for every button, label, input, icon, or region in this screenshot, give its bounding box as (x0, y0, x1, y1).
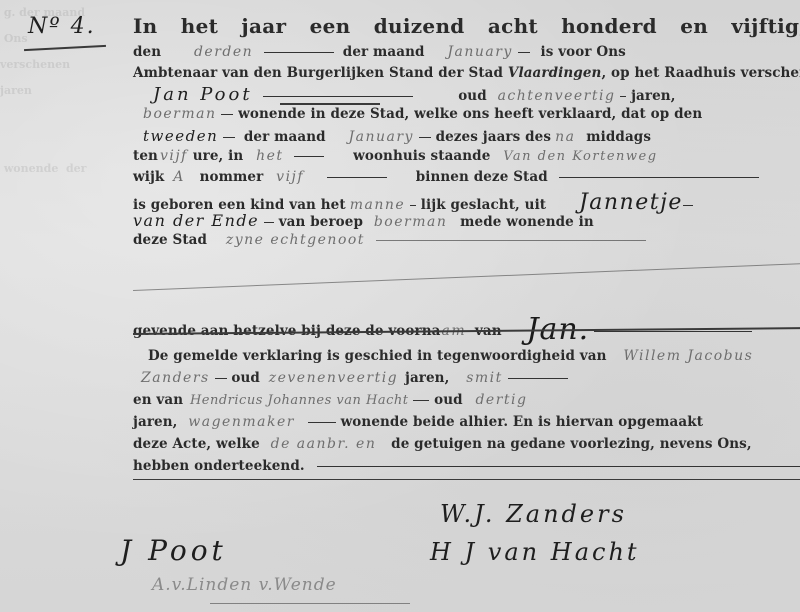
name-underline (280, 103, 380, 105)
line-14: Zanders oud zevenenveertig jaren, smit (133, 370, 568, 386)
dash (294, 156, 324, 157)
dash (376, 240, 646, 241)
signature-witness2: H J van Hacht (430, 538, 640, 566)
hw-declarant-occupation: boerman (143, 106, 217, 122)
label-jaren: jaren, (631, 88, 675, 104)
hw-witness1-last: Zanders (141, 370, 210, 386)
text-de-getuigen: de getuigen na gedane voorlezing, nevens… (391, 436, 752, 452)
dash (413, 400, 429, 401)
hw-house-number: vijf (276, 169, 304, 185)
hw-part-of-day: na (555, 129, 575, 145)
dash (317, 466, 800, 467)
label-oud: oud (434, 392, 463, 408)
label-en-van: en van (133, 392, 183, 408)
text-deze-acte: deze Acte, welke (133, 436, 260, 452)
text-de-gemelde: De gemelde verklaring is geschied in teg… (148, 348, 607, 364)
dash (223, 137, 235, 138)
text-wonende: wonende in deze Stad, welke ons heeft ve… (238, 106, 702, 122)
text-raadhuis: , op het Raadhuis verschenen (601, 65, 800, 81)
dash (308, 422, 336, 423)
hw-birth-month: January (348, 129, 413, 145)
official-signature-flourish (210, 603, 410, 604)
heading-line: In het jaar een duizend acht honderd en … (133, 14, 800, 38)
label-nommer: nommer (200, 169, 264, 185)
hw-relation: zyne echtgenoot (226, 232, 365, 248)
label-dezes-jaars: dezes jaars des (436, 129, 552, 145)
signature-section-rule (133, 479, 800, 480)
dash (263, 96, 413, 97)
label-woonhuis-staande: woonhuis staande (353, 148, 490, 164)
dash (620, 96, 626, 97)
label-der-maand-2: der maand (244, 129, 326, 145)
label-wijk: wijk (133, 169, 164, 185)
dash (221, 114, 233, 115)
hw-signers-note: de aanbr. en (271, 436, 377, 452)
text-wonende-beide: wonende beide alhier. En is hiervan opge… (341, 414, 703, 430)
label-ten: ten (133, 148, 158, 164)
line-6: tweeden der maand January dezes jaars de… (133, 127, 651, 145)
hw-birth-day: tweeden (143, 127, 218, 145)
hw-mother-occupation: boerman (374, 214, 448, 230)
dash (683, 205, 693, 206)
hw-mother-last-name: van der Ende (133, 211, 259, 230)
label-oud: oud (231, 370, 260, 386)
hw-mother-first-name: Jannetje (579, 190, 683, 215)
record-number: Nº 4. (28, 14, 96, 39)
signature-witness1: W.J. Zanders (440, 500, 627, 528)
hw-wijk: A (173, 169, 185, 185)
hw-street: Van den Kortenweg (503, 149, 657, 164)
hw-house-article: het (256, 148, 283, 164)
hw-day-reported: derden (194, 44, 253, 60)
signature-official: A.v.Linden v.Wende (152, 575, 337, 595)
dash (264, 222, 274, 223)
line-7: tenvijf ure, in het woonhuis staande Van… (133, 148, 658, 164)
signature-declarant: J Poot (120, 534, 227, 567)
dash (559, 177, 759, 178)
label-is-voor-ons: is voor Ons (540, 44, 625, 60)
label-den: den (133, 44, 161, 60)
hw-declarant-age: achtenveertig (498, 88, 616, 104)
city-name: Vlaardingen (508, 65, 602, 81)
line-2: den derden der maand January is voor Ons (133, 44, 626, 60)
hw-witness1-age: zevenenveertig (269, 370, 398, 386)
label-jaren: jaren, (133, 414, 177, 430)
hw-witness2-occupation: wagenmaker (188, 414, 295, 430)
line-3: Ambtenaar van den Burgerlijken Stand der… (133, 65, 800, 81)
line-13: De gemelde verklaring is geschied in teg… (148, 348, 753, 364)
dash (508, 378, 568, 379)
line-10: van der Ende van beroep boerman mede won… (133, 211, 594, 230)
label-binnen-deze-stad: binnen deze Stad (416, 169, 548, 185)
label-der-maand: der maand (343, 44, 425, 60)
label-mede-wonende: mede wonende in (460, 214, 594, 230)
hw-witness2-name: Hendricus Johannes van Hacht (190, 393, 409, 408)
label-jaren: jaren, (405, 370, 449, 386)
line-11: deze Stad zyne echtgenoot (133, 232, 646, 248)
dash (594, 331, 752, 332)
hw-witness1-occupation: smit (466, 370, 503, 386)
label-middags: middags (586, 129, 651, 145)
line-12: gevende aan hetzelve bij deze de voornaa… (133, 308, 752, 343)
line-17: deze Acte, welke de aanbr. en de getuige… (133, 436, 752, 452)
line-16: jaren, wagenmaker wonende beide alhier. … (133, 414, 703, 430)
dash (327, 177, 387, 178)
dash (215, 378, 227, 379)
label-oud: oud (458, 88, 487, 104)
label-van-beroep: van beroep (279, 214, 363, 230)
hw-birth-hour: vijf (160, 148, 188, 164)
dash (518, 52, 530, 53)
hw-declarant-name: Jan Poot (153, 84, 253, 105)
text-hebben-onderteekend: hebben onderteekend. (133, 458, 305, 474)
label-deze-stad: deze Stad (133, 232, 207, 248)
strike-line (133, 263, 800, 291)
line-5: boerman wonende in deze Stad, welke ons … (133, 106, 702, 122)
dash (419, 137, 431, 138)
line-4: Jan Poot oud achtenveertig jaren, (133, 84, 676, 105)
line-18: hebben onderteekend. (133, 458, 800, 474)
line-8: wijk A nommer vijf binnen deze Stad (133, 169, 759, 185)
bleed-through-left-margin: g. der maand Onsverschenenjaren wonende … (0, 0, 110, 612)
hw-witness2-age: dertig (475, 392, 527, 408)
dash (410, 205, 416, 206)
line-15: en van Hendricus Johannes van Hacht oud … (133, 392, 527, 408)
dash (264, 52, 334, 53)
text-ambtenaar: Ambtenaar van den Burgerlijken Stand der… (133, 65, 503, 81)
label-ure-in: ure, in (193, 148, 244, 164)
hw-witness1-first: Willem Jacobus (623, 348, 753, 364)
hw-month-reported: January (447, 44, 512, 60)
